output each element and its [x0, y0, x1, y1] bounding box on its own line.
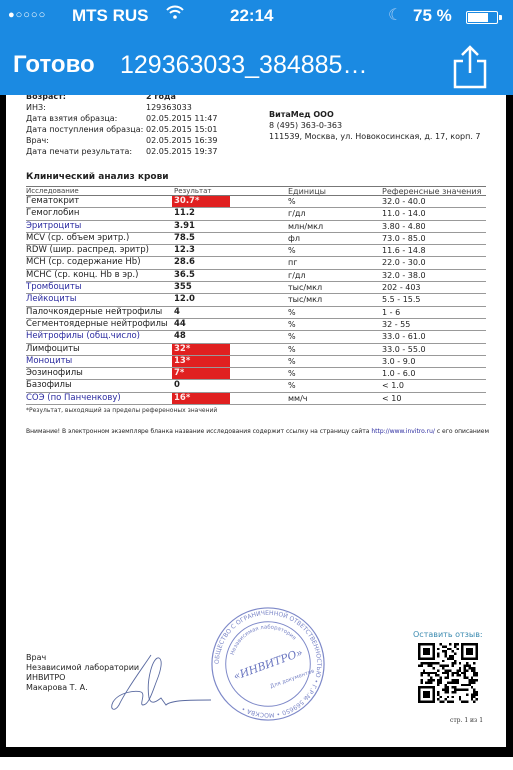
test-unit: тыс/мкл [288, 294, 322, 305]
document-title: 129363033_384885… [120, 51, 367, 80]
table-header: Исследование Результат Единицы Референсн… [26, 186, 486, 196]
test-result: 16* [172, 393, 230, 404]
test-result: 355 [172, 282, 230, 293]
test-unit: г/дл [288, 270, 306, 281]
test-name[interactable]: Лейкоциты [26, 294, 76, 305]
test-name: Эозинофилы [26, 368, 83, 379]
test-result: 12.0 [172, 294, 230, 305]
test-name: MCV (ср. объем эритр.) [26, 233, 129, 244]
reference-range: 1.0 - 6.0 [382, 368, 415, 379]
signal-strength-icon: ●○○○○ [8, 9, 46, 21]
table-row: Базофилы0%< 1.0 [26, 380, 486, 392]
wifi-icon [166, 5, 184, 24]
test-result: 11.2 [172, 208, 230, 219]
table-row: Сегментоядерные нейтрофилы44%32 - 55 [26, 319, 486, 331]
test-unit: тыс/мкл [288, 282, 322, 293]
table-row: Гемоглобин11.2г/дл11.0 - 14.0 [26, 208, 486, 220]
test-unit: % [288, 245, 296, 256]
test-name: Гемоглобин [26, 208, 79, 219]
lab-name: ВитаМед ООО [269, 109, 481, 120]
table-row: RDW (шир. распред. эритр)12.3%11.6 - 14.… [26, 245, 486, 257]
test-result: 7* [172, 368, 230, 379]
test-unit: % [288, 319, 296, 330]
test-result: 12.3 [172, 245, 230, 256]
top-bar: ●○○○○ MTS RUS 22:14 ☾ 75 % Готово 129363… [0, 0, 513, 95]
test-result: 3.91 [172, 221, 230, 232]
test-name[interactable]: Моноциты [26, 356, 72, 367]
notice: Внимание! В электронном экземпляре бланк… [26, 428, 489, 435]
test-name: MCHC (ср. конц. Hb в эр.) [26, 270, 138, 281]
test-name[interactable]: СОЭ (по Панченкову) [26, 393, 121, 404]
status-bar: ●○○○○ MTS RUS 22:14 ☾ 75 % [0, 6, 513, 30]
navigation-bar: Готово 129363033_384885… [0, 40, 513, 95]
test-unit: г/дл [288, 208, 306, 219]
info-label: ИНЗ: [26, 102, 46, 113]
test-unit: млн/мкл [288, 221, 323, 232]
reference-range: 33.0 - 61.0 [382, 331, 426, 342]
carrier-name: MTS RUS [72, 6, 149, 26]
test-unit: % [288, 196, 296, 207]
table-row: СОЭ (по Панченкову)16*мм/ч< 10 [26, 393, 486, 405]
test-result: 44 [172, 319, 230, 330]
test-name[interactable]: Эритроциты [26, 221, 81, 232]
reference-range: 5.5 - 15.5 [382, 294, 421, 305]
reference-range: 3.80 - 4.80 [382, 221, 426, 232]
test-name: Лимфоциты [26, 344, 80, 355]
notice-suffix: с его описанием [435, 428, 489, 435]
info-value: 2 года [146, 95, 176, 102]
pdf-page[interactable]: Возраст:2 годаИНЗ:129363033Дата взятия о… [6, 95, 506, 747]
notice-text: Внимание! В электронном экземпляре бланк… [26, 428, 371, 435]
test-result: 48 [172, 331, 230, 342]
share-icon [452, 45, 488, 89]
info-value: 02.05.2015 19:37 [146, 146, 217, 157]
table-row: Гематокрит30.7*%32.0 - 40.0 [26, 196, 486, 208]
table-row: Эозинофилы7*%1.0 - 6.0 [26, 368, 486, 380]
test-name: MCH (ср. содержание Hb) [26, 257, 141, 268]
table-row: Моноциты13*%3.0 - 9.0 [26, 356, 486, 368]
test-result: 13* [172, 356, 230, 367]
reference-range: 33.0 - 55.0 [382, 344, 426, 355]
done-button[interactable]: Готово [13, 51, 95, 79]
reference-range: 1 - 6 [382, 307, 400, 318]
info-value: 02.05.2015 11:47 [146, 113, 217, 124]
info-label: Дата взятия образца: [26, 113, 117, 124]
analysis-title: Клинический анализ крови [26, 172, 169, 182]
battery-icon [466, 11, 498, 24]
table-row: Лейкоциты12.0тыс/мкл5.5 - 15.5 [26, 294, 486, 306]
page-number: стр. 1 из 1 [450, 717, 483, 724]
invitro-link[interactable]: http://www.invitro.ru/ [371, 428, 435, 435]
test-unit: % [288, 380, 296, 391]
column-header: Референсные значения [382, 187, 481, 196]
test-name[interactable]: Тромбоциты [26, 282, 82, 293]
bottom-strip [0, 757, 513, 770]
battery-percent: 75 % [413, 6, 452, 26]
test-name: Палочкоядерные нейтрофилы [26, 307, 162, 318]
reference-range: 32 - 55 [382, 319, 410, 330]
table-row: Палочкоядерные нейтрофилы4%1 - 6 [26, 307, 486, 319]
do-not-disturb-moon-icon: ☾ [388, 5, 402, 25]
table-row: MCV (ср. объем эритр.)78.5фл73.0 - 85.0 [26, 233, 486, 245]
clock: 22:14 [230, 6, 273, 26]
reference-range: < 1.0 [382, 380, 404, 391]
info-label: Дата печати результата: [26, 146, 132, 157]
test-unit: % [288, 307, 296, 318]
reference-range: 32.0 - 38.0 [382, 270, 426, 281]
leave-review-label: Оставить отзыв: [413, 630, 483, 639]
reference-range: 73.0 - 85.0 [382, 233, 426, 244]
table-row: Нейтрофилы (общ.число)48%33.0 - 61.0 [26, 331, 486, 343]
column-header: Исследование [26, 187, 79, 196]
reference-range: < 10 [382, 393, 401, 404]
lab-address: 111539, Москва, ул. Новокосинская, д. 17… [269, 131, 481, 142]
column-header: Результат [172, 187, 230, 196]
test-unit: % [288, 331, 296, 342]
test-result: 4 [172, 307, 230, 318]
test-unit: % [288, 356, 296, 367]
test-unit: фл [288, 233, 300, 244]
test-name: Гематокрит [26, 196, 79, 207]
table-row: Эритроциты3.91млн/мкл3.80 - 4.80 [26, 221, 486, 233]
qr-code[interactable] [418, 643, 478, 703]
table-row: MCHC (ср. конц. Hb в эр.)36.5г/дл32.0 - … [26, 270, 486, 282]
test-name[interactable]: Нейтрофилы (общ.число) [26, 331, 140, 342]
test-result: 0 [172, 380, 230, 391]
column-header: Единицы [288, 187, 326, 196]
test-unit: % [288, 368, 296, 379]
test-name: RDW (шир. распред. эритр) [26, 245, 149, 256]
test-unit: пг [288, 257, 297, 268]
test-result: 78.5 [172, 233, 230, 244]
info-label: Врач: [26, 135, 49, 146]
test-name: Базофилы [26, 380, 72, 391]
share-button[interactable] [452, 45, 488, 89]
lab-phone: 8 (495) 363-0-363 [269, 120, 481, 131]
info-value: 02.05.2015 15:01 [146, 124, 217, 135]
table-row: Лимфоциты32*%33.0 - 55.0 [26, 344, 486, 356]
table-row: Тромбоциты355тыс/мкл202 - 403 [26, 282, 486, 294]
table-row: MCH (ср. содержание Hb)28.6пг22.0 - 30.0 [26, 257, 486, 269]
results-table: Исследование Результат Единицы Референсн… [26, 186, 486, 405]
test-result: 36.5 [172, 270, 230, 281]
test-unit: % [288, 344, 296, 355]
reference-range: 3.0 - 9.0 [382, 356, 415, 367]
reference-range: 32.0 - 40.0 [382, 196, 426, 207]
info-value: 02.05.2015 16:39 [146, 135, 217, 146]
test-result: 28.6 [172, 257, 230, 268]
reference-range: 22.0 - 30.0 [382, 257, 426, 268]
handwritten-signature [91, 650, 211, 720]
svg-text:Для документов: Для документов [269, 668, 315, 690]
info-label: Дата поступления образца: [26, 124, 143, 135]
reference-range: 202 - 403 [382, 282, 421, 293]
info-value: 129363033 [146, 102, 192, 113]
lab-info: ВитаМед ООО 8 (495) 363-0-363 111539, Мо… [269, 109, 481, 142]
test-name: Сегментоядерные нейтрофилы [26, 319, 168, 330]
test-unit: мм/ч [288, 393, 308, 404]
test-result: 32* [172, 344, 230, 355]
reference-range: 11.0 - 14.0 [382, 208, 426, 219]
test-result: 30.7* [172, 196, 230, 207]
info-label: Возраст: [26, 95, 66, 102]
invitro-stamp: ОБЩЕСТВО С ОГРАНИЧЕННОЙ ОТВЕТСТВЕННОСТЬЮ… [209, 605, 327, 723]
reference-range: 11.6 - 14.8 [382, 245, 426, 256]
footnote: *Результат, выходящий за пределы референ… [26, 407, 217, 414]
